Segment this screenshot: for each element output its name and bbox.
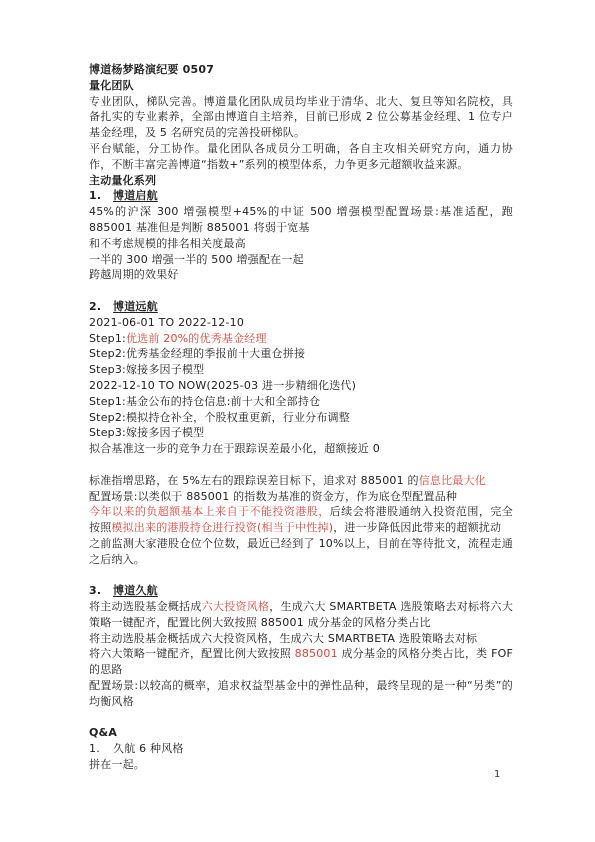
text-run: 一半的 300 增强一半的 500 增强配在一起 <box>89 253 304 266</box>
highlighted-text-run: 今年以来的负超额基本上来自于不能投资港股， <box>89 505 330 518</box>
text-run: 平台赋能，分工协作。量化团队各成员分工明确，各自主攻相关研究方向，通力协作，不断… <box>89 142 513 171</box>
text-run: 博道久航 <box>113 584 158 597</box>
document-body: 博道杨梦路演纪要 0507量化团队专业团队，梯队完善。博道量化团队成员均毕业于清… <box>89 62 513 773</box>
document-page: 博道杨梦路演纪要 0507量化团队专业团队，梯队完善。博道量化团队成员均毕业于清… <box>0 0 595 842</box>
blank-line <box>89 457 513 473</box>
blank-line <box>89 710 513 726</box>
text-run: 配置场景:以类似于 885001 的指数为基准的资金方，作为底仓型配置品种 <box>89 490 457 503</box>
text-run: 博道启航 <box>113 189 158 202</box>
text-run: 博道杨梦路演纪要 0507 <box>89 63 214 76</box>
paragraph-body: 配置场景:以类似于 885001 的指数为基准的资金方，作为底仓型配置品种 <box>89 489 513 505</box>
list-number: 3. <box>89 583 113 599</box>
text-run: Step2:优秀基金经理的季报前十大重仓拼接 <box>89 347 305 360</box>
blank-line <box>89 568 513 584</box>
text-run: 将六大策略一键配齐，配置比例大致按照 <box>89 647 295 660</box>
paragraph-body: 之前监测大家港股仓位个位数，最近已经到了 10%以上，目前在等待批文，流程走通之… <box>89 536 513 568</box>
paragraph-body: 将主动选股基金概括成六大投资风格，生成六大 SMARTBETA 选股策略去对标 <box>89 631 513 647</box>
paragraph-list-item: 1.久航 6 种风格 <box>89 741 513 757</box>
text-run: 量化团队 <box>89 79 134 92</box>
text-run: Step3:嫁接多因子模型 <box>89 363 204 376</box>
text-run: 拼在一起。 <box>89 758 145 771</box>
paragraph-body: 标准指增思路，在 5%左右的跟踪误差目标下，追求对 885001 的信息比最大化 <box>89 473 513 489</box>
paragraph-list-heading: 1.博道启航 <box>89 188 513 204</box>
list-number: 1. <box>89 741 113 757</box>
paragraph-body: Step3:嫁接多因子模型 <box>89 362 513 378</box>
paragraph-body: 拟合基准这一步的竞争力在于跟踪误差最小化，超额接近 0 <box>89 441 513 457</box>
text-run: ，进一步降低因此带来的超额扰动 <box>333 521 501 534</box>
paragraph-body: 和不考虑规模的排名相关度最高 <box>89 236 513 252</box>
text-run: 跨越周期的效果好 <box>89 268 179 281</box>
paragraph-body: Step1:优选前 20%的优秀基金经理 <box>89 331 513 347</box>
paragraph-body: Step2:优秀基金经理的季报前十大重仓拼接 <box>89 346 513 362</box>
paragraph-body: 2021-06-01 TO 2022-12-10 <box>89 315 513 331</box>
text-run: Q&A <box>89 726 117 739</box>
text-run: 拟合基准这一步的竞争力在于跟踪误差最小化，超额接近 0 <box>89 442 380 455</box>
text-run: Step1:基金公布的持仓信息:前十大和全部持仓 <box>89 395 320 408</box>
highlighted-text-run: 885001 <box>295 647 338 660</box>
paragraph-body: 跨越周期的效果好 <box>89 267 513 283</box>
blank-line <box>89 283 513 299</box>
paragraph-body: Step3:嫁接多因子模型 <box>89 425 513 441</box>
text-run: 博道远航 <box>113 300 158 313</box>
paragraph-body: 将六大策略一键配齐，配置比例大致按照 885001 成分基金的风格分类占比，类 … <box>89 646 513 678</box>
text-run: 主动量化系列 <box>89 174 156 187</box>
paragraph-body: 专业团队，梯队完善。博道量化团队成员均毕业于清华、北大、复旦等知名院校，具备扎实… <box>89 94 513 141</box>
highlighted-text-run: 优选前 20%的优秀基金经理 <box>126 332 267 345</box>
text-run: Step1: <box>89 332 126 345</box>
text-run: 将主动选股基金概括成六大投资风格，生成六大 SMARTBETA 选股策略去对标 <box>89 632 477 645</box>
paragraph-body: 拼在一起。 <box>89 757 513 773</box>
text-run: 将主动选股基金概括成 <box>89 600 202 613</box>
paragraph-body: 今年以来的负超额基本上来自于不能投资港股，后续会将港股通纳入投资范围，完全按照模… <box>89 504 513 536</box>
text-run: 2021-06-01 TO 2022-12-10 <box>89 316 244 329</box>
paragraph-body: 配置场景:以较高的概率，追求权益型基金中的弹性品种，最终呈现的是一种“另类”的均… <box>89 678 513 710</box>
paragraph-list-heading: 2.博道远航 <box>89 299 513 315</box>
paragraph-body: Step1:基金公布的持仓信息:前十大和全部持仓 <box>89 394 513 410</box>
text-run: 久航 6 种风格 <box>113 742 184 755</box>
list-number: 1. <box>89 188 113 204</box>
text-run: Step2:模拟持仓补全，个股权重更新，行业分布调整 <box>89 411 350 424</box>
text-run: 标准指增思路，在 5%左右的跟踪误差目标下，追求对 885001 的 <box>89 474 419 487</box>
paragraph-body: Step2:模拟持仓补全，个股权重更新，行业分布调整 <box>89 410 513 426</box>
page-number: 1 <box>494 769 500 780</box>
paragraph-heading: 主动量化系列 <box>89 173 513 189</box>
paragraph-heading: Q&A <box>89 725 513 741</box>
text-run: 配置场景:以较高的概率，追求权益型基金中的弹性品种，最终呈现的是一种“另类”的均… <box>89 679 513 708</box>
text-run: 45%的沪深 300 增强模型+45%的中证 500 增强模型配置场景:基准适配… <box>89 205 517 234</box>
text-run: 和不考虑规模的排名相关度最高 <box>89 237 246 250</box>
paragraph-body: 将主动选股基金概括成六大投资风格，生成六大 SMARTBETA 选股策略去对标将… <box>89 599 513 631</box>
paragraph-heading: 量化团队 <box>89 78 513 94</box>
text-run: 2022-12-10 TO NOW(2025-03 进一步精细化迭代) <box>89 379 356 392</box>
highlighted-text-run: 信息比最大化 <box>419 474 486 487</box>
highlighted-text-run: 六大投资风格 <box>202 600 270 613</box>
text-run: 之前监测大家港股仓位个位数，最近已经到了 10%以上，目前在等待批文，流程走通之… <box>89 537 513 566</box>
paragraph-body: 一半的 300 增强一半的 500 增强配在一起 <box>89 252 513 268</box>
paragraph-body: 45%的沪深 300 增强模型+45%的中证 500 增强模型配置场景:基准适配… <box>89 204 513 236</box>
paragraph-title: 博道杨梦路演纪要 0507 <box>89 62 513 78</box>
highlighted-text-run: 模拟出来的港股持仓进行投资(相当于中性掉) <box>111 521 333 534</box>
text-run: Step3:嫁接多因子模型 <box>89 426 204 439</box>
paragraph-body: 2022-12-10 TO NOW(2025-03 进一步精细化迭代) <box>89 378 513 394</box>
list-number: 2. <box>89 299 113 315</box>
paragraph-list-heading: 3.博道久航 <box>89 583 513 599</box>
paragraph-body: 平台赋能，分工协作。量化团队各成员分工明确，各自主攻相关研究方向，通力协作，不断… <box>89 141 513 173</box>
text-run: 专业团队，梯队完善。博道量化团队成员均毕业于清华、北大、复旦等知名院校，具备扎实… <box>89 95 513 140</box>
